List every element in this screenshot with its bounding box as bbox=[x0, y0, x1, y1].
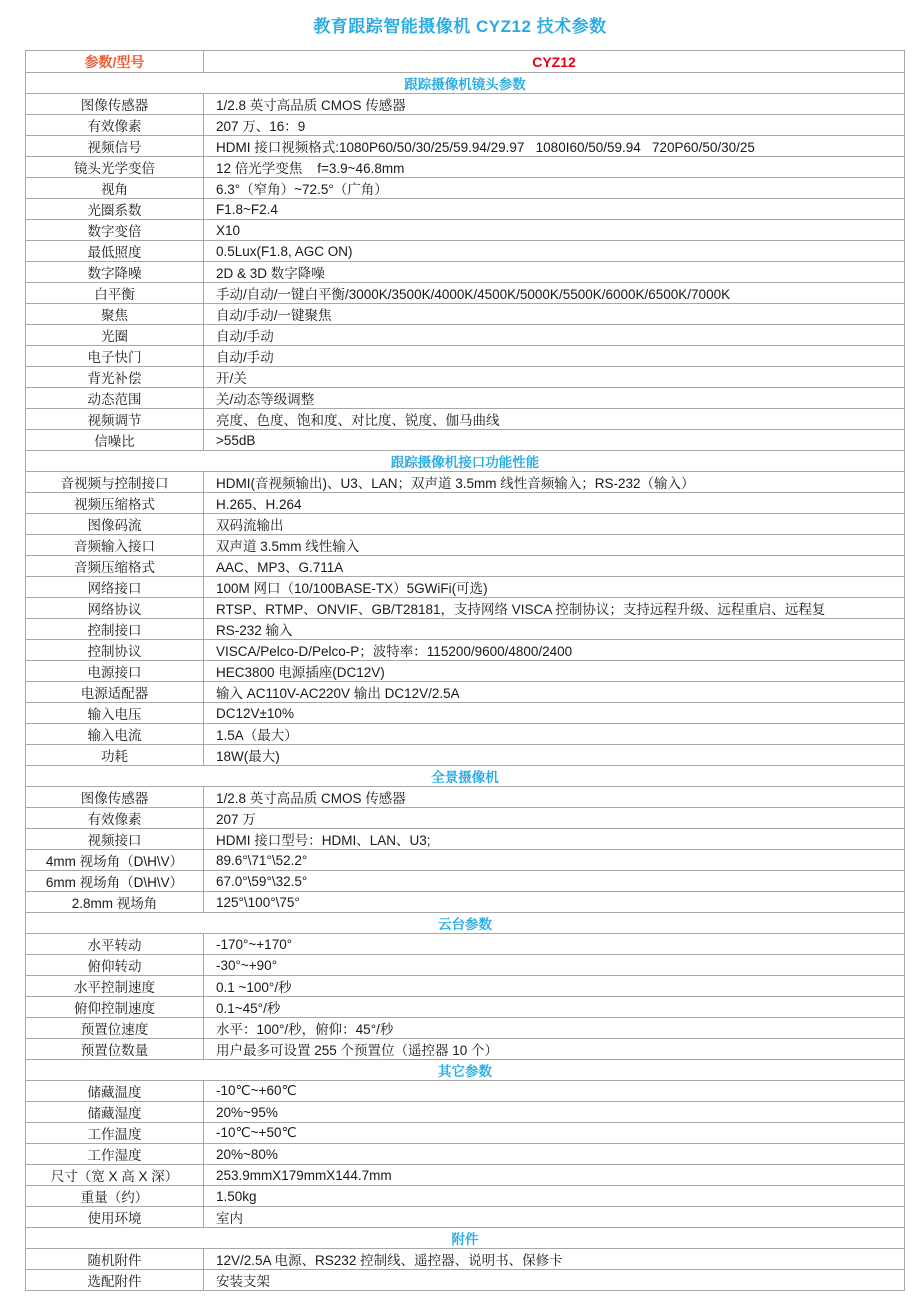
param-value: H.265、H.264 bbox=[204, 493, 905, 514]
param-value: 207 万、16：9 bbox=[204, 115, 905, 136]
param-value: >55dB bbox=[204, 430, 905, 451]
param-value: 1/2.8 英寸高品质 CMOS 传感器 bbox=[204, 787, 905, 808]
param-name: 动态范围 bbox=[26, 388, 204, 409]
param-value: 18W(最大) bbox=[204, 745, 905, 766]
param-name: 视频压缩格式 bbox=[26, 493, 204, 514]
spec-row: 光圈系数F1.8~F2.4 bbox=[26, 199, 905, 220]
param-value: 20%~95% bbox=[204, 1102, 905, 1123]
param-value: 关/动态等级调整 bbox=[204, 388, 905, 409]
param-name: 水平控制速度 bbox=[26, 976, 204, 997]
param-name: 网络协议 bbox=[26, 598, 204, 619]
param-name: 输入电压 bbox=[26, 703, 204, 724]
param-model-header: 参数/型号 bbox=[26, 51, 204, 73]
spec-row: 视频压缩格式H.265、H.264 bbox=[26, 493, 905, 514]
param-value: 输入 AC110V-AC220V 输出 DC12V/2.5A bbox=[204, 682, 905, 703]
param-name: 尺寸（宽 X 高 X 深） bbox=[26, 1165, 204, 1186]
spec-row: 网络接口100M 网口（10/100BASE-TX）5GWiFi(可选) bbox=[26, 577, 905, 598]
param-value: 20%~80% bbox=[204, 1144, 905, 1165]
param-value: 自动/手动 bbox=[204, 346, 905, 367]
param-value: RTSP、RTMP、ONVIF、GB/T28181，支持网络 VISCA 控制协… bbox=[204, 598, 905, 619]
spec-row: 有效像素207 万、16：9 bbox=[26, 115, 905, 136]
spec-row: 镜头光学变倍12 倍光学变焦 f=3.9~46.8mm bbox=[26, 157, 905, 178]
param-name: 图像传感器 bbox=[26, 787, 204, 808]
param-value: 12 倍光学变焦 f=3.9~46.8mm bbox=[204, 157, 905, 178]
param-value: 自动/手动 bbox=[204, 325, 905, 346]
spec-row: 动态范围关/动态等级调整 bbox=[26, 388, 905, 409]
param-value: 6.3°（窄角）~72.5°（广角） bbox=[204, 178, 905, 199]
param-name: 数字降噪 bbox=[26, 262, 204, 283]
param-name: 预置位数量 bbox=[26, 1039, 204, 1060]
param-name: 控制接口 bbox=[26, 619, 204, 640]
spec-row: 网络协议RTSP、RTMP、ONVIF、GB/T28181，支持网络 VISCA… bbox=[26, 598, 905, 619]
spec-row: 聚焦自动/手动/一键聚焦 bbox=[26, 304, 905, 325]
spec-row: 4mm 视场角（D\H\V）89.6°\71°\52.2° bbox=[26, 850, 905, 871]
param-name: 有效像素 bbox=[26, 115, 204, 136]
param-name: 储藏湿度 bbox=[26, 1102, 204, 1123]
param-value: DC12V±10% bbox=[204, 703, 905, 724]
section-header-row: 云台参数 bbox=[26, 913, 905, 934]
param-name: 光圈系数 bbox=[26, 199, 204, 220]
param-name: 视频信号 bbox=[26, 136, 204, 157]
spec-row: 输入电压DC12V±10% bbox=[26, 703, 905, 724]
param-name: 俯仰转动 bbox=[26, 955, 204, 976]
spec-row: 音视频与控制接口HDMI(音视频输出)、U3、LAN；双声道 3.5mm 线性音… bbox=[26, 472, 905, 493]
spec-row: 信噪比>55dB bbox=[26, 430, 905, 451]
section-header-row: 其它参数 bbox=[26, 1060, 905, 1081]
param-name: 功耗 bbox=[26, 745, 204, 766]
param-value: -170°~+170° bbox=[204, 934, 905, 955]
param-name: 视频调节 bbox=[26, 409, 204, 430]
header-row: 参数/型号 CYZ12 bbox=[26, 51, 905, 73]
param-value: HEC3800 电源插座(DC12V) bbox=[204, 661, 905, 682]
section-header-row: 跟踪摄像机镜头参数 bbox=[26, 73, 905, 94]
param-value: 253.9mmX179mmX144.7mm bbox=[204, 1165, 905, 1186]
spec-row: 控制协议VISCA/Pelco-D/Pelco-P；波特率：115200/960… bbox=[26, 640, 905, 661]
param-value: 100M 网口（10/100BASE-TX）5GWiFi(可选) bbox=[204, 577, 905, 598]
spec-row: 预置位速度水平：100°/秒，俯仰：45°/秒 bbox=[26, 1018, 905, 1039]
param-value: RS-232 输入 bbox=[204, 619, 905, 640]
param-value: 1.5A（最大） bbox=[204, 724, 905, 745]
spec-row: 功耗18W(最大) bbox=[26, 745, 905, 766]
param-value: 双码流输出 bbox=[204, 514, 905, 535]
param-value: 室内 bbox=[204, 1207, 905, 1228]
param-name: 4mm 视场角（D\H\V） bbox=[26, 850, 204, 871]
spec-row: 储藏湿度20%~95% bbox=[26, 1102, 905, 1123]
param-name: 储藏温度 bbox=[26, 1081, 204, 1102]
param-value: 67.0°\59°\32.5° bbox=[204, 871, 905, 892]
spec-row: 预置位数量用户最多可设置 255 个预置位（遥控器 10 个） bbox=[26, 1039, 905, 1060]
param-name: 白平衡 bbox=[26, 283, 204, 304]
param-value: 1/2.8 英寸高品质 CMOS 传感器 bbox=[204, 94, 905, 115]
param-name: 信噪比 bbox=[26, 430, 204, 451]
section-header-row: 跟踪摄像机接口功能性能 bbox=[26, 451, 905, 472]
spec-sheet: 教育跟踪智能摄像机 CYZ12 技术参数 参数/型号 CYZ12 跟踪摄像机镜头… bbox=[0, 0, 920, 1291]
spec-table-body: 跟踪摄像机镜头参数图像传感器1/2.8 英寸高品质 CMOS 传感器有效像素20… bbox=[26, 73, 905, 1291]
param-name: 背光补偿 bbox=[26, 367, 204, 388]
param-value: VISCA/Pelco-D/Pelco-P；波特率：115200/9600/48… bbox=[204, 640, 905, 661]
param-value: AAC、MP3、G.711A bbox=[204, 556, 905, 577]
param-name: 音频输入接口 bbox=[26, 535, 204, 556]
spec-row: 视频调节亮度、色度、饱和度、对比度、锐度、伽马曲线 bbox=[26, 409, 905, 430]
param-value: 125°\100°\75° bbox=[204, 892, 905, 913]
param-name: 网络接口 bbox=[26, 577, 204, 598]
model-name-header: CYZ12 bbox=[204, 51, 905, 73]
spec-row: 重量（约）1.50kg bbox=[26, 1186, 905, 1207]
section-title: 云台参数 bbox=[26, 913, 905, 934]
param-value: 自动/手动/一键聚焦 bbox=[204, 304, 905, 325]
param-value: 开/关 bbox=[204, 367, 905, 388]
param-value: 0.1 ~100°/秒 bbox=[204, 976, 905, 997]
spec-row: 白平衡手动/自动/一键白平衡/3000K/3500K/4000K/4500K/5… bbox=[26, 283, 905, 304]
spec-row: 控制接口RS-232 输入 bbox=[26, 619, 905, 640]
param-value: 手动/自动/一键白平衡/3000K/3500K/4000K/4500K/5000… bbox=[204, 283, 905, 304]
param-value: -30°~+90° bbox=[204, 955, 905, 976]
spec-row: 2.8mm 视场角125°\100°\75° bbox=[26, 892, 905, 913]
param-value: 12V/2.5A 电源、RS232 控制线、遥控器、说明书、保修卡 bbox=[204, 1249, 905, 1270]
page-title: 教育跟踪智能摄像机 CYZ12 技术参数 bbox=[0, 12, 920, 37]
spec-row: 工作温度-10℃~+50℃ bbox=[26, 1123, 905, 1144]
spec-row: 尺寸（宽 X 高 X 深）253.9mmX179mmX144.7mm bbox=[26, 1165, 905, 1186]
section-title: 跟踪摄像机镜头参数 bbox=[26, 73, 905, 94]
param-name: 工作湿度 bbox=[26, 1144, 204, 1165]
param-value: F1.8~F2.4 bbox=[204, 199, 905, 220]
param-value: HDMI 接口视频格式:1080P60/50/30/25/59.94/29.97… bbox=[204, 136, 905, 157]
param-name: 音频压缩格式 bbox=[26, 556, 204, 577]
param-name: 图像传感器 bbox=[26, 94, 204, 115]
section-title: 跟踪摄像机接口功能性能 bbox=[26, 451, 905, 472]
param-value: HDMI 接口型号：HDMI、LAN、U3; bbox=[204, 829, 905, 850]
param-value: -10℃~+60℃ bbox=[204, 1081, 905, 1102]
param-name: 光圈 bbox=[26, 325, 204, 346]
spec-row: 背光补偿开/关 bbox=[26, 367, 905, 388]
param-name: 选配附件 bbox=[26, 1270, 204, 1291]
spec-row: 数字降噪2D & 3D 数字降噪 bbox=[26, 262, 905, 283]
param-name: 有效像素 bbox=[26, 808, 204, 829]
spec-table: 参数/型号 CYZ12 跟踪摄像机镜头参数图像传感器1/2.8 英寸高品质 CM… bbox=[25, 50, 905, 1291]
param-name: 镜头光学变倍 bbox=[26, 157, 204, 178]
param-value: 1.50kg bbox=[204, 1186, 905, 1207]
param-value: 双声道 3.5mm 线性输入 bbox=[204, 535, 905, 556]
section-header-row: 全景摄像机 bbox=[26, 766, 905, 787]
section-title: 其它参数 bbox=[26, 1060, 905, 1081]
param-value: X10 bbox=[204, 220, 905, 241]
param-name: 随机附件 bbox=[26, 1249, 204, 1270]
param-name: 电子快门 bbox=[26, 346, 204, 367]
param-name: 水平转动 bbox=[26, 934, 204, 955]
param-value: 水平：100°/秒，俯仰：45°/秒 bbox=[204, 1018, 905, 1039]
param-name: 6mm 视场角（D\H\V） bbox=[26, 871, 204, 892]
spec-row: 选配附件安装支架 bbox=[26, 1270, 905, 1291]
spec-row: 数字变倍X10 bbox=[26, 220, 905, 241]
param-name: 使用环境 bbox=[26, 1207, 204, 1228]
spec-row: 工作湿度20%~80% bbox=[26, 1144, 905, 1165]
spec-row: 最低照度0.5Lux(F1.8, AGC ON) bbox=[26, 241, 905, 262]
spec-row: 图像码流双码流输出 bbox=[26, 514, 905, 535]
param-name: 电源适配器 bbox=[26, 682, 204, 703]
spec-row: 输入电流1.5A（最大） bbox=[26, 724, 905, 745]
param-value: 89.6°\71°\52.2° bbox=[204, 850, 905, 871]
spec-row: 光圈自动/手动 bbox=[26, 325, 905, 346]
param-name: 视频接口 bbox=[26, 829, 204, 850]
spec-row: 图像传感器1/2.8 英寸高品质 CMOS 传感器 bbox=[26, 94, 905, 115]
param-name: 2.8mm 视场角 bbox=[26, 892, 204, 913]
param-name: 电源接口 bbox=[26, 661, 204, 682]
param-name: 重量（约） bbox=[26, 1186, 204, 1207]
spec-row: 视频接口HDMI 接口型号：HDMI、LAN、U3; bbox=[26, 829, 905, 850]
spec-row: 电源接口HEC3800 电源插座(DC12V) bbox=[26, 661, 905, 682]
section-title: 全景摄像机 bbox=[26, 766, 905, 787]
spec-row: 电源适配器输入 AC110V-AC220V 输出 DC12V/2.5A bbox=[26, 682, 905, 703]
spec-row: 俯仰转动-30°~+90° bbox=[26, 955, 905, 976]
spec-row: 视角6.3°（窄角）~72.5°（广角） bbox=[26, 178, 905, 199]
param-name: 视角 bbox=[26, 178, 204, 199]
param-value: 0.1~45°/秒 bbox=[204, 997, 905, 1018]
section-title: 附件 bbox=[26, 1228, 905, 1249]
param-value: 安装支架 bbox=[204, 1270, 905, 1291]
spec-row: 音频压缩格式AAC、MP3、G.711A bbox=[26, 556, 905, 577]
param-name: 最低照度 bbox=[26, 241, 204, 262]
param-name: 数字变倍 bbox=[26, 220, 204, 241]
param-name: 输入电流 bbox=[26, 724, 204, 745]
param-value: 0.5Lux(F1.8, AGC ON) bbox=[204, 241, 905, 262]
param-value: 207 万 bbox=[204, 808, 905, 829]
param-value: HDMI(音视频输出)、U3、LAN；双声道 3.5mm 线性音频输入；RS-2… bbox=[204, 472, 905, 493]
spec-row: 音频输入接口双声道 3.5mm 线性输入 bbox=[26, 535, 905, 556]
param-value: 2D & 3D 数字降噪 bbox=[204, 262, 905, 283]
spec-row: 随机附件12V/2.5A 电源、RS232 控制线、遥控器、说明书、保修卡 bbox=[26, 1249, 905, 1270]
param-name: 俯仰控制速度 bbox=[26, 997, 204, 1018]
spec-row: 6mm 视场角（D\H\V）67.0°\59°\32.5° bbox=[26, 871, 905, 892]
param-name: 音视频与控制接口 bbox=[26, 472, 204, 493]
param-name: 预置位速度 bbox=[26, 1018, 204, 1039]
spec-row: 图像传感器1/2.8 英寸高品质 CMOS 传感器 bbox=[26, 787, 905, 808]
spec-row: 视频信号HDMI 接口视频格式:1080P60/50/30/25/59.94/2… bbox=[26, 136, 905, 157]
spec-row: 使用环境室内 bbox=[26, 1207, 905, 1228]
param-name: 工作温度 bbox=[26, 1123, 204, 1144]
param-name: 聚焦 bbox=[26, 304, 204, 325]
spec-row: 有效像素207 万 bbox=[26, 808, 905, 829]
param-value: 亮度、色度、饱和度、对比度、锐度、伽马曲线 bbox=[204, 409, 905, 430]
spec-row: 储藏温度-10℃~+60℃ bbox=[26, 1081, 905, 1102]
param-name: 图像码流 bbox=[26, 514, 204, 535]
spec-row: 水平控制速度0.1 ~100°/秒 bbox=[26, 976, 905, 997]
spec-row: 俯仰控制速度0.1~45°/秒 bbox=[26, 997, 905, 1018]
spec-row: 电子快门自动/手动 bbox=[26, 346, 905, 367]
param-value: 用户最多可设置 255 个预置位（遥控器 10 个） bbox=[204, 1039, 905, 1060]
param-value: -10℃~+50℃ bbox=[204, 1123, 905, 1144]
section-header-row: 附件 bbox=[26, 1228, 905, 1249]
param-name: 控制协议 bbox=[26, 640, 204, 661]
spec-row: 水平转动-170°~+170° bbox=[26, 934, 905, 955]
